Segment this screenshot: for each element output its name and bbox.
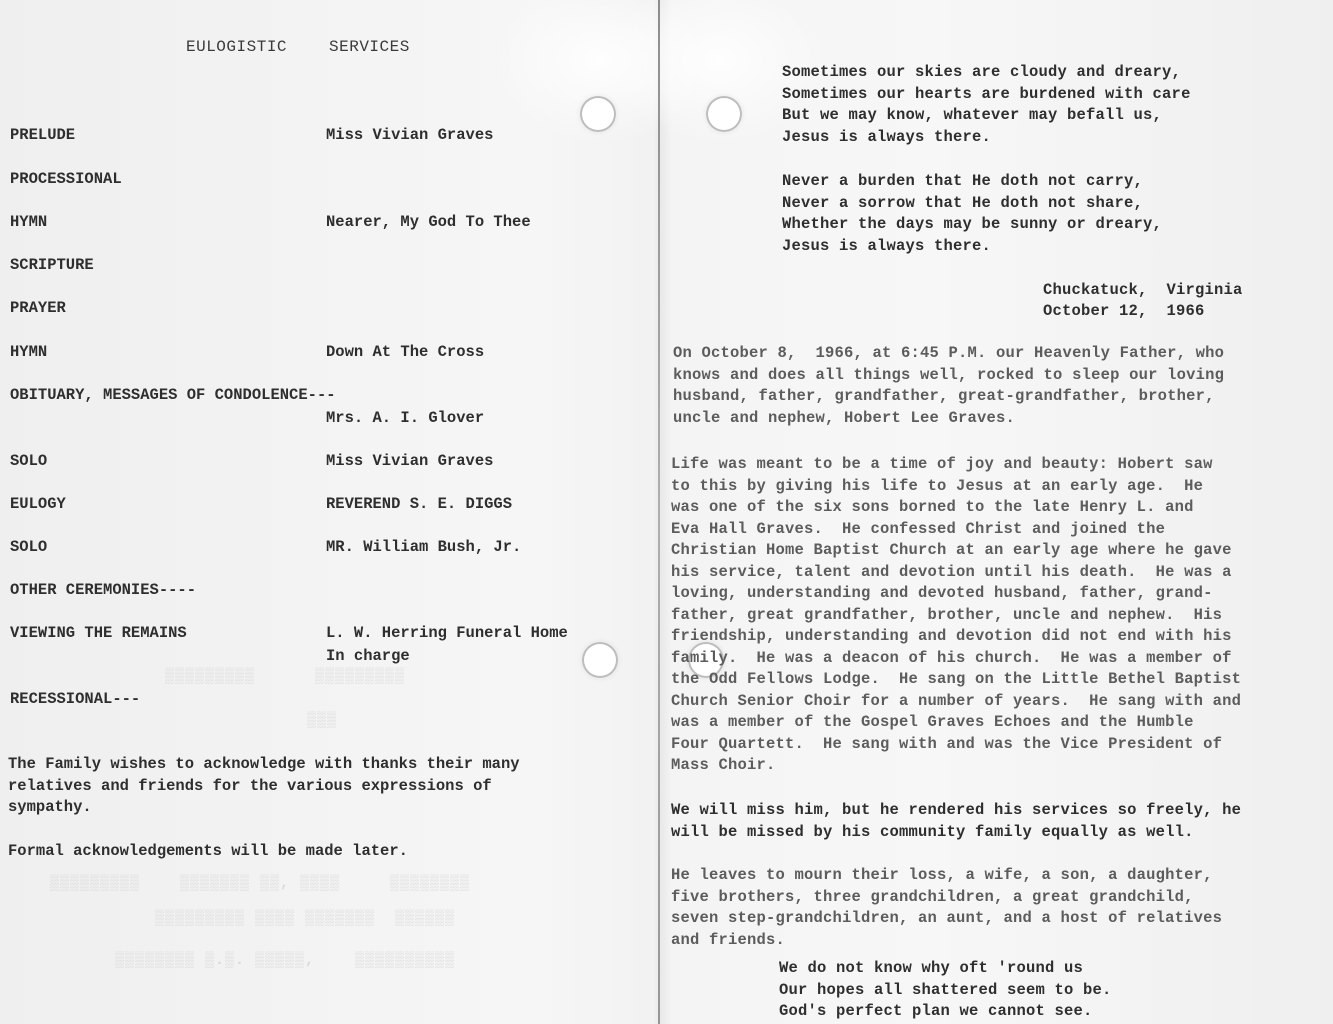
closing-poem: We do not know why oft 'round us Our hop… [779, 958, 1112, 1023]
program-item-participant: Nearer, My God To Thee [326, 213, 531, 231]
punch-hole [580, 96, 616, 132]
center-fold [658, 0, 660, 1024]
program-item-label: HYMN [10, 213, 47, 231]
program-item-label: SCRIPTURE [10, 256, 94, 274]
title-services: SERVICES [329, 38, 410, 56]
program-item-label: PRAYER [10, 299, 66, 317]
program-title: EULOGISTICSERVICES [186, 38, 410, 56]
poem-stanza-2: Never a burden that He doth not carry, N… [782, 171, 1162, 257]
bleed-through-text: ▒▒▒▒▒▒▒▒ ▒.▒. ▒▒▒▒▒, ▒▒▒▒▒▒▒▒▒▒ [115, 952, 455, 969]
program-item-participant: Miss Vivian Graves [326, 126, 493, 144]
bleed-through-text: ▒▒▒▒▒▒▒▒▒ ▒▒▒▒ ▒▒▒▒▒▒▒ ▒▒▒▒▒▒ [155, 910, 455, 927]
program-item-label: VIEWING THE REMAINS [10, 624, 187, 642]
formal-acknowledgement-note: Formal acknowledgements will be made lat… [8, 841, 408, 863]
date-line: October 12, 1966 [1043, 301, 1205, 323]
program-item-participant: MR. William Bush, Jr. [326, 538, 521, 556]
program-item-label: PROCESSIONAL [10, 170, 122, 188]
program-item-participant: L. W. Herring Funeral Home [326, 624, 568, 642]
bleed-through-text: ▒▒▒▒▒▒▒▒▒ ▒▒▒▒▒▒▒▒▒ [165, 668, 405, 685]
program-item-label: OTHER CEREMONIES---- [10, 581, 196, 599]
program-item-label: RECESSIONAL--- [10, 690, 140, 708]
obituary-paragraph-4: He leaves to mourn their loss, a wife, a… [671, 865, 1222, 951]
family-acknowledgement: The Family wishes to acknowledge with th… [8, 754, 520, 819]
punch-hole [582, 642, 618, 678]
program-item-label: OBITUARY, MESSAGES OF CONDOLENCE--- [10, 386, 336, 404]
program-item-label: SOLO [10, 452, 47, 470]
program-item-label: PRELUDE [10, 126, 75, 144]
obituary-paragraph-2: Life was meant to be a time of joy and b… [671, 454, 1241, 777]
bleed-through-text: ▒▒▒ [307, 712, 337, 729]
place-line: Chuckatuck, Virginia [1043, 280, 1243, 302]
obituary-paragraph-3: We will miss him, but he rendered his se… [671, 800, 1241, 843]
program-item-label: HYMN [10, 343, 47, 361]
program-item-participant: REVEREND S. E. DIGGS [326, 495, 512, 513]
bleed-through-text: ▒▒▒▒▒▒▒▒▒ ▒▒▒▒▒▒▒ ▒▒, ▒▒▒▒ ▒▒▒▒▒▒▒▒ [50, 875, 470, 892]
program-item-participant: In charge [326, 647, 410, 665]
punch-hole [706, 96, 742, 132]
program-item-label: SOLO [10, 538, 47, 556]
poem-stanza-1: Sometimes our skies are cloudy and drear… [782, 62, 1191, 148]
title-eulogistic: EULOGISTIC [186, 38, 287, 56]
program-item-participant: Mrs. A. I. Glover [326, 409, 484, 427]
obituary-paragraph-1: On October 8, 1966, at 6:45 P.M. our Hea… [673, 343, 1224, 429]
program-item-label: EULOGY [10, 495, 66, 513]
program-item-participant: Miss Vivian Graves [326, 452, 493, 470]
program-item-participant: Down At The Cross [326, 343, 484, 361]
